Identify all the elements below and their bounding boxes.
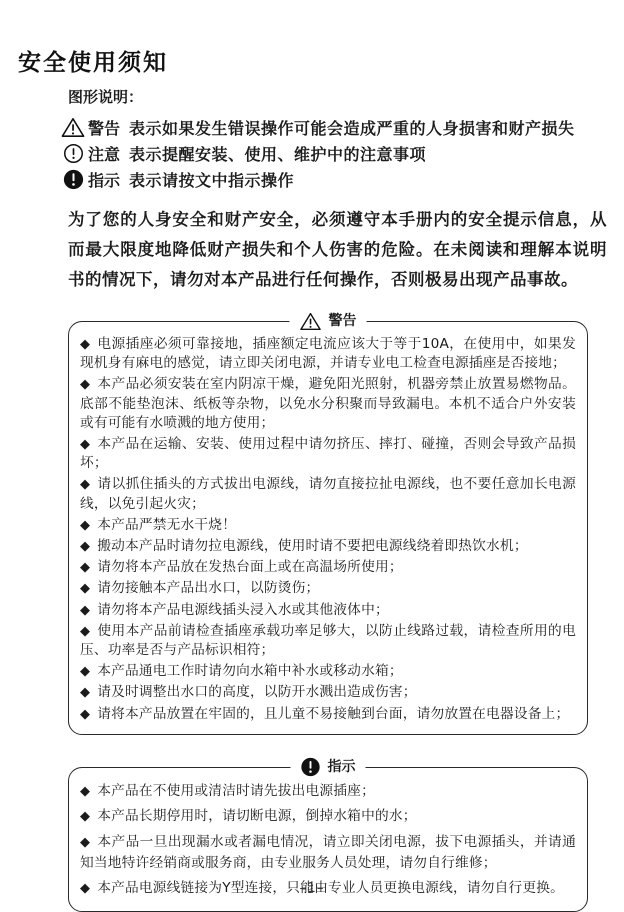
warning-item-text: 请及时调整出水口的高度，以防开水溅出造成伤害； [97,684,416,700]
diamond-bullet-icon: ◆ [80,477,90,492]
legend-row-warning: 警告 表示如果发生错误操作可能会造成严重的人身损害和财产损失 [58,114,624,140]
legend-desc-caution: 表示提醒安装、使用、维护中的注意事项 [129,142,426,165]
warning-item-text: 请勿将本产品电源线插头浸入水或其他液体中； [97,602,389,618]
legend-label-warning: 警告 [88,116,120,139]
warning-item-text: 请勿接触本产品出水口，以防烫伤； [97,580,319,596]
warning-item-text: 使用本产品前请检查插座承载功率足够大，以防止线路过载，请检查所用的电压、功率是否… [80,623,576,658]
diamond-bullet-icon: ◆ [80,835,90,850]
warning-item-text: 请以抓住插头的方式拔出电源线，请勿直接拉扯电源线，也不要任意加长电源线，以免引起… [80,476,576,511]
diamond-bullet-icon: ◆ [80,437,90,452]
legend-label-instruction: 指示 [88,168,120,191]
warning-item: ◆本产品严禁无水干烧！ [80,516,576,535]
instruction-item: ◆本产品在不使用或清洁时请先拔出电源插座； [80,781,576,803]
legend-row-caution: 注意 表示提醒安装、使用、维护中的注意事项 [58,140,624,166]
warning-triangle-icon [300,312,322,331]
warning-item: ◆使用本产品前请检查插座承载功率足够大，以防止线路过载，请检查所用的电压、功率是… [80,622,576,660]
diamond-bullet-icon: ◆ [80,664,90,679]
diamond-bullet-icon: ◆ [80,581,90,596]
diamond-bullet-icon: ◆ [80,707,90,722]
instruction-circle-icon [301,757,321,777]
warning-item-text: 本产品通电工作时请勿向水箱中补水或移动水箱； [97,663,403,679]
warning-item-text: 电源插座必须可靠接地，插座额定电流应该大于等于10A，在使用中，如果发现机身有麻… [80,336,576,371]
intro-paragraph: 为了您的人身安全和财产安全，必须遵守本手册内的安全提示信息，从而最大限度地降低财… [68,205,607,295]
warning-item: ◆请将本产品放置在牢固的，且儿童不易接触到台面，请勿放置在电器设备上； [80,705,576,724]
safety-manual-page: { "page": { "title": "安全使用须知", "legend_h… [0,0,624,912]
legend-row-instruction: 指示 表示请按文中指示操作 [58,166,624,192]
page-title: 安全使用须知 [18,44,624,77]
instruction-item-text: 本产品长期停用时，请切断电源，倒掉水箱中的水； [97,808,416,824]
diamond-bullet-icon: ◆ [80,603,90,618]
warning-box-label-text: 警告 [329,309,357,333]
instruction-item-text: 本产品在不使用或清洁时请先拔出电源插座； [97,783,375,799]
diamond-bullet-icon: ◆ [80,685,90,700]
page-number: –1– [0,880,624,896]
diamond-bullet-icon: ◆ [80,377,90,392]
instruction-circle-icon [58,169,88,190]
instruction-box-label-text: 指示 [328,755,356,779]
diamond-bullet-icon: ◆ [80,624,90,639]
instruction-item-text: 本产品一旦出现漏水或者漏电情况，请立即关闭电源，拔下电源插头，并请通知当地特许经… [80,834,576,872]
warning-item-text: 搬动本产品时请勿拉电源线，使用时请不要把电源线绕着即热饮水机； [97,538,528,554]
warning-item-text: 本产品必须安装在室内阴凉干燥，避免阳光照射，机器旁禁止放置易燃物品。底部不能垫泡… [80,376,576,430]
instruction-item: ◆本产品长期停用时，请切断电源，倒掉水箱中的水； [80,806,576,828]
instruction-box-label: 指示 [291,755,366,779]
warning-item: ◆电源插座必须可靠接地，插座额定电流应该大于等于10A，在使用中，如果发现机身有… [80,335,576,373]
legend-desc-warning: 表示如果发生错误操作可能会造成严重的人身损害和财产损失 [129,116,575,139]
warning-item: ◆请勿将本产品电源线插头浸入水或其他液体中； [80,601,576,620]
instruction-item: ◆本产品一旦出现漏水或者漏电情况，请立即关闭电源，拔下电源插头，并请通知当地特许… [80,832,576,874]
warning-item-text: 请将本产品放置在牢固的，且儿童不易接触到台面，请勿放置在电器设备上； [97,706,569,722]
warning-item: ◆本产品必须安装在室内阴凉干燥，避免阳光照射，机器旁禁止放置易燃物品。底部不能垫… [80,375,576,433]
warning-triangle-icon [58,117,88,138]
diamond-bullet-icon: ◆ [80,784,90,799]
legend-label-caution: 注意 [88,142,120,165]
warning-item: ◆请勿将本产品放在发热台面上或在高温场所使用； [80,558,576,577]
warning-item-text: 本产品在运输、安装、使用过程中请勿挤压、摔打、碰撞，否则会导致产品损坏； [80,436,576,471]
diamond-bullet-icon: ◆ [80,337,90,352]
warning-item: ◆本产品在运输、安装、使用过程中请勿挤压、摔打、碰撞，否则会导致产品损坏； [80,435,576,473]
warning-item-text: 本产品严禁无水干烧！ [97,517,236,533]
warning-item-text: 请勿将本产品放在发热台面上或在高温场所使用； [97,559,403,575]
legend-desc-instruction: 表示请按文中指示操作 [129,168,294,191]
warning-item: ◆请以抓住插头的方式拔出电源线，请勿直接拉扯电源线，也不要任意加长电源线，以免引… [80,475,576,513]
diamond-bullet-icon: ◆ [80,539,90,554]
warning-item: ◆请及时调整出水口的高度，以防开水溅出造成伤害； [80,683,576,702]
icon-legend: 警告 表示如果发生错误操作可能会造成严重的人身损害和财产损失 注意 表示提醒安装… [58,114,624,192]
warning-item: ◆请勿接触本产品出水口，以防烫伤； [80,579,576,598]
diamond-bullet-icon: ◆ [80,809,90,824]
legend-heading: 图形说明： [68,86,624,107]
warning-item: ◆搬动本产品时请勿拉电源线，使用时请不要把电源线绕着即热饮水机； [80,537,576,556]
warning-item: ◆本产品通电工作时请勿向水箱中补水或移动水箱； [80,662,576,681]
diamond-bullet-icon: ◆ [80,560,90,575]
warning-box: 警告 ◆电源插座必须可靠接地，插座额定电流应该大于等于10A，在使用中，如果发现… [68,321,588,735]
warning-box-label: 警告 [290,309,367,333]
diamond-bullet-icon: ◆ [80,518,90,533]
caution-circle-icon [58,143,88,164]
